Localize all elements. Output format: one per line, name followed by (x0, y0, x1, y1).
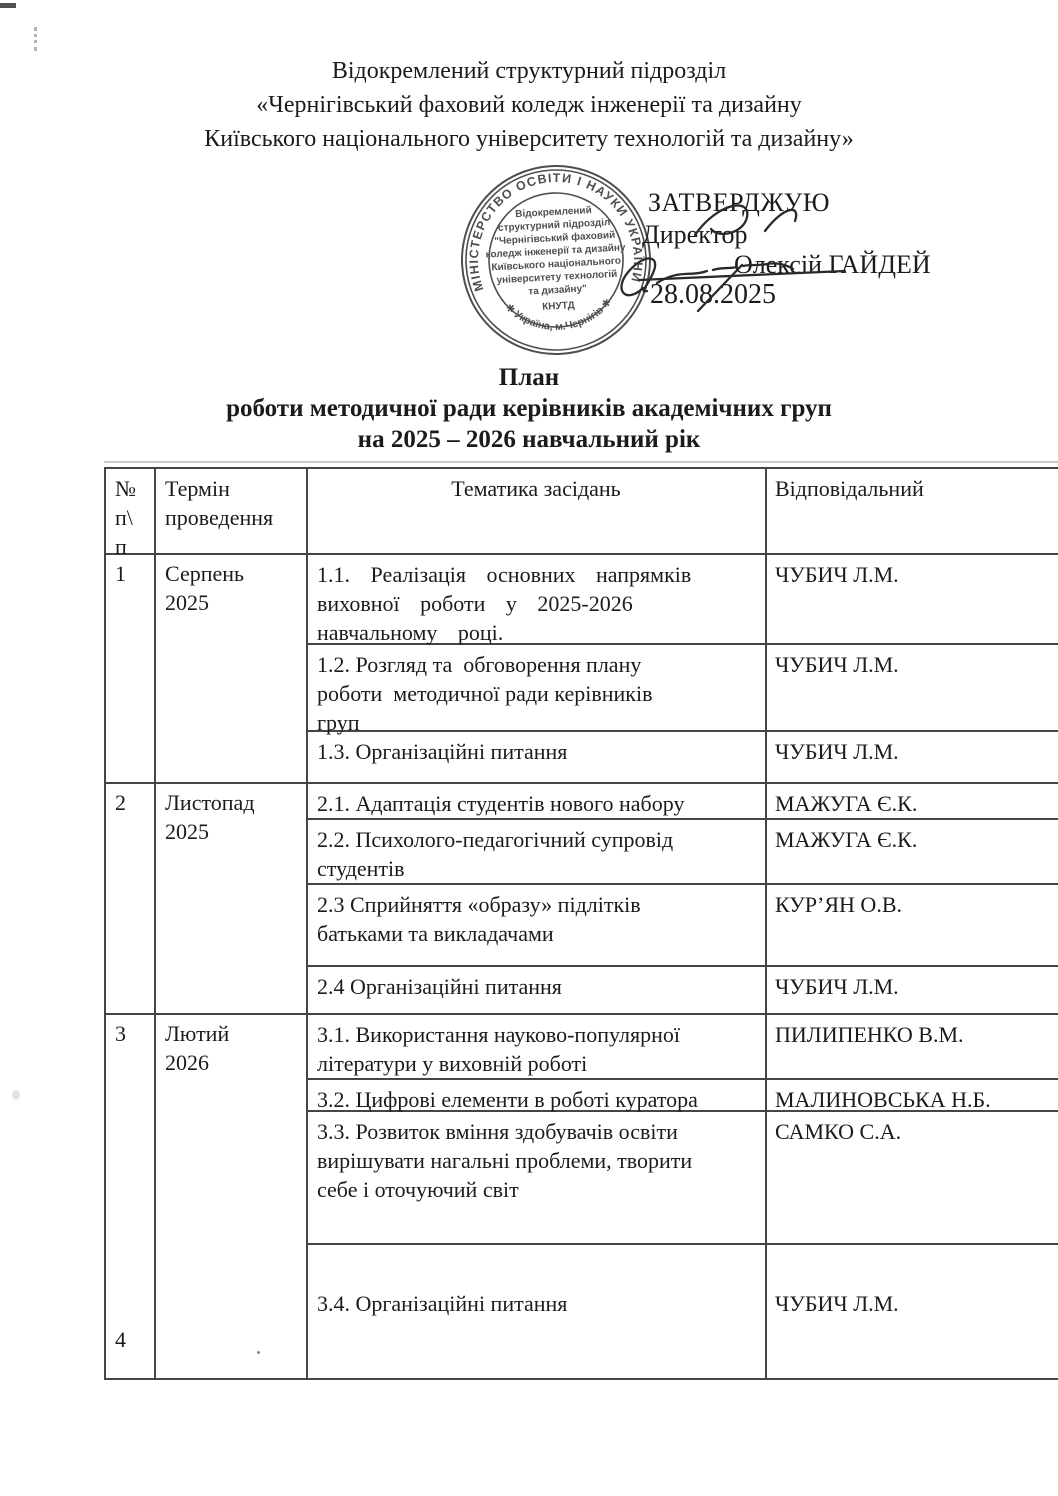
topic-cell: 1.2. Розгляд та обговорення плану роботи… (308, 645, 767, 730)
approval-date: 28.08.2025 (650, 279, 776, 311)
responsible-cell: МАЖУГА Є.К. (767, 784, 1058, 818)
approval-label: ЗАТВЕРДЖУЮ (648, 188, 830, 218)
row-term: Лютий 2026 (156, 1015, 308, 1378)
table-header-row: № п\ п Термін проведення Тематика засіда… (106, 469, 1058, 555)
next-row-number: 4 (115, 1325, 150, 1354)
row-number: 1 (106, 555, 156, 782)
topic-cell: 1.3. Організаційні питання (308, 732, 767, 782)
approver-name: Олексій ГАЙДЕЙ (734, 250, 931, 280)
responsible-cell: ЧУБИЧ Л.М. (767, 555, 1058, 643)
document-page: Відокремлений структурний підрозділ «Чер… (0, 0, 1058, 1496)
table-row: 2 Листопад 2025 2.1. Адаптація студентів… (106, 784, 1058, 1015)
scan-artifact-ghost-line (104, 461, 1058, 463)
row-number: 2 (106, 784, 156, 1013)
header-num: № п\ п (106, 469, 156, 553)
topic-cell: 2.1. Адаптація студентів нового набору (308, 784, 767, 818)
table-row: 1 Серпень 2025 1.1. Реалізація основних … (106, 555, 1058, 784)
document-title: План роботи методичної ради керівників а… (0, 362, 1058, 455)
organization-header: Відокремлений структурний підрозділ «Чер… (0, 54, 1058, 156)
responsible-cell: ПИЛИПЕНКО В.М. (767, 1015, 1058, 1078)
stamp-center-line: та дизайну" (528, 283, 587, 297)
topic-cell: 2.3 Сприйняття «образу» підлітків батька… (308, 885, 767, 965)
row-term: Листопад 2025 (156, 784, 308, 1013)
responsible-cell: МАЛИНОВСЬКА Н.Б. (767, 1080, 1058, 1110)
topic-cell: 2.2. Психолого-педагогічний супровід сту… (308, 820, 767, 883)
scan-artifact-bar (0, 3, 16, 8)
scan-artifact-dots (34, 27, 37, 51)
topic-cell: 3.3. Розвиток вміння здобувачів освіти в… (308, 1112, 767, 1243)
plan-table: № п\ п Термін проведення Тематика засіда… (104, 467, 1058, 1380)
topic-cell: 1.1. Реалізація основних напрямків вихов… (308, 555, 767, 643)
responsible-cell: ЧУБИЧ Л.М. (767, 967, 1058, 1013)
topic-cell: 2.4 Організаційні питання (308, 967, 767, 1013)
table-row: 3 4 Лютий 2026 3.1. Використання науково… (106, 1015, 1058, 1380)
row-number: 3 (115, 1019, 150, 1048)
stamp-seal-icon: МІНІСТЕРСТВО ОСВІТИ І НАУКИ УКРАЇНИ ✱ Ук… (453, 157, 659, 363)
topic-cell: 3.1. Використання науково-популярної літ… (308, 1015, 767, 1078)
approver-role: Директор (642, 220, 748, 250)
topic-cell: 3.2. Цифрові елементи в роботі куратора (308, 1080, 767, 1110)
header-responsible: Відповідальний (767, 469, 1058, 553)
stamp-center-line: КНУТД (542, 300, 575, 313)
row-number-cell: 3 4 (106, 1015, 156, 1378)
responsible-cell: КУР’ЯН О.В. (767, 885, 1058, 965)
scan-artifact-smudge (12, 1090, 20, 1100)
responsible-cell: МАЖУГА Є.К. (767, 820, 1058, 883)
official-stamp: МІНІСТЕРСТВО ОСВІТИ І НАУКИ УКРАЇНИ ✱ Ук… (453, 157, 659, 363)
responsible-cell: САМКО С.А. (767, 1112, 1058, 1243)
topic-cell: 3.4. Організаційні питання (308, 1245, 767, 1378)
header-term: Термін проведення (156, 469, 308, 553)
responsible-cell: ЧУБИЧ Л.М. (767, 645, 1058, 730)
row-term: Серпень 2025 (156, 555, 308, 782)
responsible-cell: ЧУБИЧ Л.М. (767, 1245, 1058, 1378)
responsible-cell: ЧУБИЧ Л.М. (767, 732, 1058, 782)
header-topic: Тематика засідань (308, 469, 767, 553)
